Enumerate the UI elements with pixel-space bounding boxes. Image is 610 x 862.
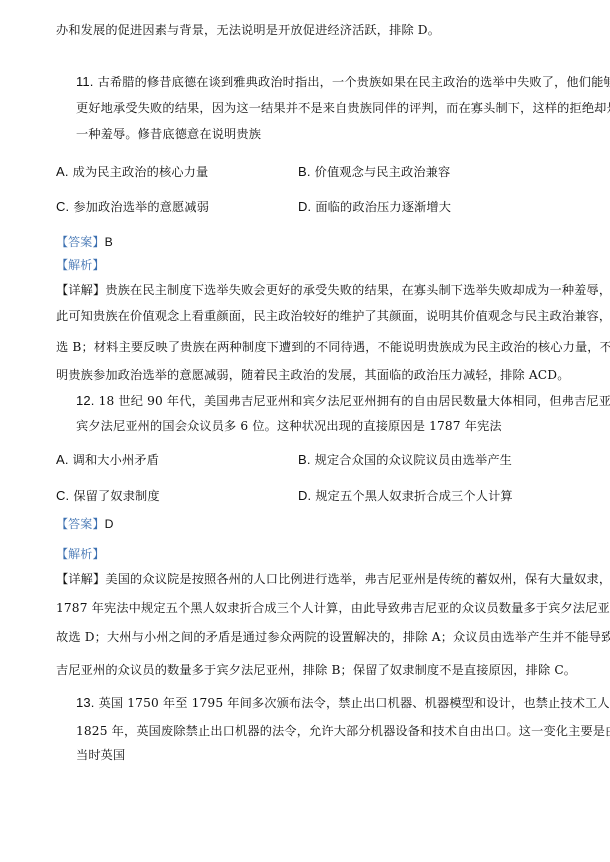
question-12-detail-line-1: 【详解】美国的众议院是按照各州的人口比例进行选举，弗吉尼亚州是传统的蓄奴州，保有… (56, 571, 610, 587)
option-letter: B. (298, 452, 311, 467)
detail-text: 美国的众议院是按照各州的人口比例进行选举，弗吉尼亚州是传统的蓄奴州，保有大量奴隶… (105, 572, 610, 586)
question-number: 13. (76, 695, 95, 710)
question-13-stem-line-3: 当时英国 (76, 747, 125, 763)
stem-text: 英国 1750 年至 1795 年间多次颁布法令，禁止出口机器、机器模型和设计，… (99, 696, 610, 710)
question-13-stem-line-2: 1825 年，英国废除禁止出口机器的法令，允许大部分机器设备和技术自由出口。这一… (76, 723, 610, 739)
question-11-answer: 【答案】B (56, 234, 113, 250)
question-12-stem-line-2: 宾夕法尼亚州的国会众议员多 6 位。这种状况出现的直接原因是 1787 年宪法 (76, 418, 502, 434)
question-11-detail-line-1: 【详解】贵族在民主制度下选举失败会更好的承受失败的结果，在寡头制下选举失败却成为… (56, 282, 610, 298)
question-11-option-d: D. 面临的政治压力逐渐增大 (298, 199, 451, 215)
option-letter: B. (298, 164, 311, 179)
option-letter: A. (56, 164, 69, 179)
question-11-detail-line-2: 此可知贵族在价值观念上看重颜面，民主政治较好的维护了其颜面，说明其价值观念与民主… (56, 308, 610, 324)
question-11-stem-line-3: 一种羞辱。修昔底德意在说明贵族 (76, 126, 261, 142)
analysis-tag: 【解析】 (56, 547, 105, 561)
option-text: 调和大小州矛盾 (73, 453, 159, 467)
answer-tag: 【答案】 (56, 517, 105, 531)
question-12-answer: 【答案】D (56, 516, 114, 532)
question-12-detail-line-3: 故选 D；大州与小州之间的矛盾是通过参众两院的设置解决的，排除 A；众议员由选举… (56, 629, 610, 645)
option-text: 价值观念与民主政治兼容 (315, 165, 451, 179)
option-letter: C. (56, 488, 69, 503)
answer-value: D (105, 517, 114, 531)
option-letter: A. (56, 452, 69, 467)
answer-tag: 【答案】 (56, 235, 105, 249)
answer-value: B (105, 235, 113, 249)
option-text: 保留了奴隶制度 (73, 489, 159, 503)
option-letter: D. (298, 488, 311, 503)
question-12-analysis-tag: 【解析】 (56, 546, 105, 562)
question-13-stem-line-1: 13. 英国 1750 年至 1795 年间多次颁布法令，禁止出口机器、机器模型… (76, 695, 610, 711)
question-12-option-c: C. 保留了奴隶制度 (56, 488, 160, 504)
detail-tag: 【详解】 (56, 572, 105, 586)
stem-text: 18 世纪 90 年代，美国弗吉尼亚州和宾夕法尼亚州拥有的自由居民数量大体相同，… (99, 394, 610, 408)
question-12-stem-line-1: 12. 18 世纪 90 年代，美国弗吉尼亚州和宾夕法尼亚州拥有的自由居民数量大… (76, 393, 610, 409)
analysis-tag: 【解析】 (56, 258, 105, 272)
question-11-option-c: C. 参加政治选举的意愿减弱 (56, 199, 209, 215)
question-11-stem-line-2: 更好地承受失败的结果，因为这一结果并不是来自贵族同伴的评判，而在寡头制下，这样的… (76, 100, 610, 116)
question-11-detail-line-4: 明贵族参加政治选举的意愿减弱，随着民主政治的发展，其面临的政治压力减轻，排除 A… (56, 367, 570, 383)
question-number: 11. (76, 74, 94, 89)
question-number: 12. (76, 393, 95, 408)
question-12-detail-line-2: 1787 年宪法中规定五个黑人奴隶折合成三个人计算，由此导致弗吉尼亚的众议员数量… (56, 600, 610, 616)
question-12-option-a: A. 调和大小州矛盾 (56, 452, 159, 468)
option-text: 面临的政治压力逐渐增大 (315, 200, 451, 214)
carryover-text: 办和发展的促进因素与背景，无法说明是开放促进经济活跃，排除 D。 (56, 22, 440, 38)
option-letter: C. (56, 199, 69, 214)
option-text: 规定五个黑人奴隶折合成三个人计算 (315, 489, 512, 503)
option-text: 成为民主政治的核心力量 (73, 165, 209, 179)
option-text: 规定合众国的众议院议员由选举产生 (315, 453, 512, 467)
option-letter: D. (298, 199, 311, 214)
question-11-stem-line-1: 11. 古希腊的修昔底德在谈到雅典政治时指出，一个贵族如果在民主政治的选举中失败… (76, 74, 610, 90)
question-12-detail-line-4: 吉尼亚州的众议员的数量多于宾夕法尼亚州，排除 B；保留了奴隶制度不是直接原因，排… (56, 662, 576, 678)
detail-tag: 【详解】 (56, 283, 105, 297)
detail-text: 贵族在民主制度下选举失败会更好的承受失败的结果，在寡头制下选举失败却成为一种羞辱… (105, 283, 610, 297)
question-11-option-a: A. 成为民主政治的核心力量 (56, 164, 208, 180)
question-11-detail-line-3: 选 B；材料主要反映了贵族在两种制度下遭到的不同待遇，不能说明贵族成为民主政治的… (56, 339, 610, 355)
question-12-option-d: D. 规定五个黑人奴隶折合成三个人计算 (298, 488, 513, 504)
question-11-analysis-tag: 【解析】 (56, 257, 105, 273)
question-12-option-b: B. 规定合众国的众议院议员由选举产生 (298, 452, 512, 468)
question-11-option-b: B. 价值观念与民主政治兼容 (298, 164, 450, 180)
stem-text: 古希腊的修昔底德在谈到雅典政治时指出，一个贵族如果在民主政治的选举中失败了，他们… (98, 75, 610, 89)
option-text: 参加政治选举的意愿减弱 (73, 200, 209, 214)
